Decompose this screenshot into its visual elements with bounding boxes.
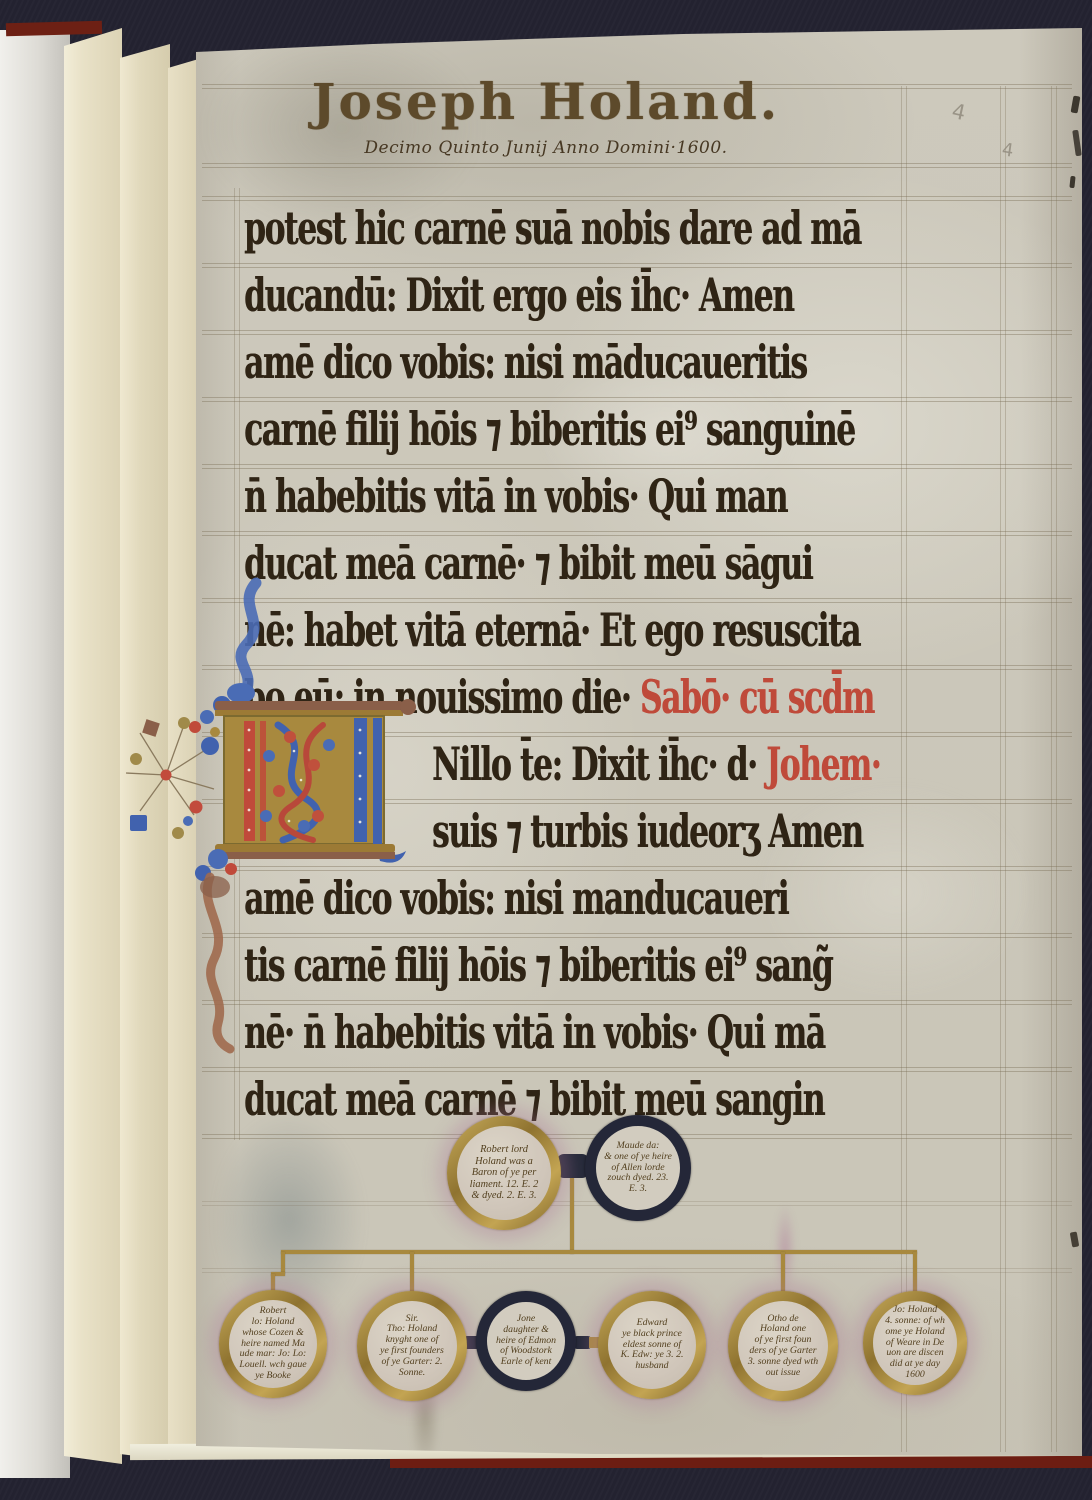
genealogy-roundel: Jone daughter & heire of Edmon of Woodst… bbox=[476, 1291, 576, 1391]
genealogy-roundel: Maude da: & one of ye heire of Allen lor… bbox=[585, 1115, 691, 1221]
manuscript-photo: Joseph Holand. Decimo Quinto Junij Anno … bbox=[0, 0, 1092, 1500]
illuminated-initial bbox=[118, 575, 430, 1055]
roundel-text: Otho de Holand one of ye first foun ders… bbox=[746, 1312, 820, 1381]
genealogy-roundel: Robert lord Holand was a Baron of ye per… bbox=[447, 1116, 561, 1230]
roundel-text: Edward ye black prince eldest sonne of K… bbox=[619, 1316, 686, 1374]
genealogy-roundel: Sir. Tho: Holand knyght one of ye first … bbox=[357, 1291, 467, 1401]
latin-text: carnē filij hōis ⁊ biberitis ei⁹ sanguin… bbox=[244, 402, 855, 456]
roundel-text: Robert lord Holand was a Baron of ye per… bbox=[468, 1142, 541, 1203]
blue-flourish bbox=[241, 583, 256, 695]
tree-connector bbox=[281, 1250, 917, 1254]
tree-connector bbox=[281, 1252, 285, 1274]
rubric-text: Johem· bbox=[766, 737, 880, 791]
latin-text: suis ⁊ turbis iudeorʒ Amen bbox=[432, 804, 863, 858]
manuscript-text-line: ducandū: Dixit ergo eis ih̄c· Amen bbox=[244, 267, 793, 329]
latin-text: ducandū: Dixit ergo eis ih̄c· Amen bbox=[244, 268, 793, 322]
manuscript-text-line: n̄ habebitis vitā in vobis· Qui man bbox=[244, 468, 787, 530]
roundel-text: Jone daughter & heire of Edmon of Woodst… bbox=[494, 1312, 558, 1370]
genealogy-roundel: Jo: Holand 4. sonne: of wh ome ye Holand… bbox=[863, 1291, 967, 1395]
roundel-text: Sir. Tho: Holand knyght one of ye first … bbox=[378, 1312, 446, 1381]
latin-text: n̄ habebitis vitā in vobis· Qui man bbox=[244, 469, 787, 523]
manuscript-text-line: carnē filij hōis ⁊ biberitis ei⁹ sanguin… bbox=[244, 401, 855, 463]
roundel-text: Maude da: & one of ye heire of Allen lor… bbox=[602, 1139, 674, 1197]
margin-spray-decoration bbox=[126, 725, 214, 815]
tree-connector bbox=[913, 1252, 917, 1292]
tree-connector bbox=[410, 1252, 414, 1292]
latin-text: amē dico vobis: nisi māducaueritis bbox=[244, 335, 807, 389]
manuscript-text-line: Nillo t̄e: Dixit ih̄c· d·Johem· bbox=[432, 736, 880, 798]
genealogy-roundel: Edward ye black prince eldest sonne of K… bbox=[598, 1291, 706, 1399]
genealogy-roundel: Robert lo: Holand whose Cozen & heire na… bbox=[219, 1290, 327, 1398]
manuscript-text-line: amē dico vobis: nisi māducaueritis bbox=[244, 334, 807, 396]
roundel-text: Jo: Holand 4. sonne: of wh ome ye Holand… bbox=[883, 1303, 947, 1383]
tail-flourish bbox=[207, 877, 230, 1049]
latin-text: Nillo t̄e: Dixit ih̄c· d· bbox=[432, 737, 757, 791]
manuscript-text-line: suis ⁊ turbis iudeorʒ Amen bbox=[432, 803, 863, 865]
latin-text: ducat meā carnē ⁊ bibit meū sangin bbox=[244, 1072, 824, 1126]
genealogy-roundel: Otho de Holand one of ye first foun ders… bbox=[728, 1291, 838, 1401]
tree-connector bbox=[781, 1252, 785, 1292]
latin-text: potest hic carnē suā nobis dare ad mā bbox=[244, 201, 861, 255]
rubric-text: Sabō· cū scd̄m bbox=[640, 670, 874, 724]
pink-halo-smudge bbox=[774, 1204, 796, 1294]
roundel-text: Robert lo: Holand whose Cozen & heire na… bbox=[237, 1304, 308, 1384]
manuscript-text-line: potest hic carnē suā nobis dare ad mā bbox=[244, 200, 861, 262]
tree-connector bbox=[570, 1178, 574, 1254]
